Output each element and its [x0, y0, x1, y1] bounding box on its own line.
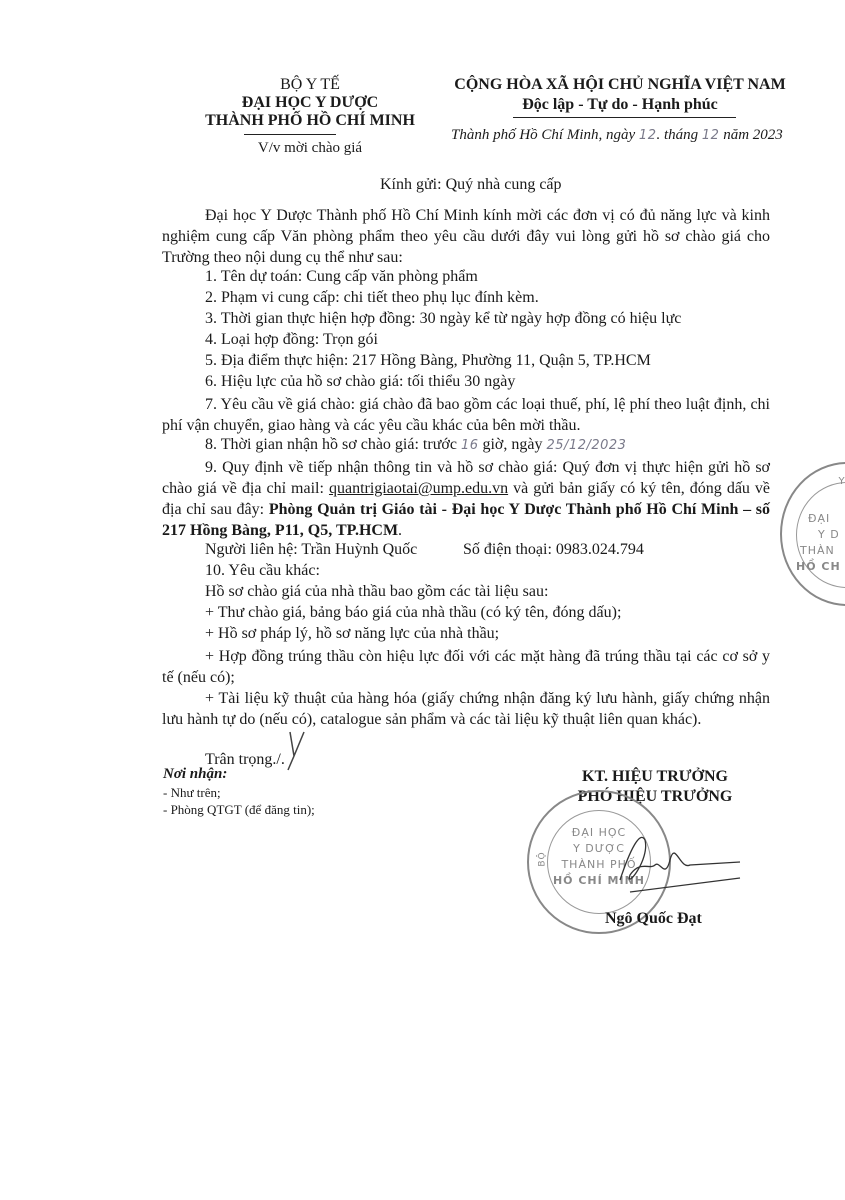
item-2: 2. Phạm vi cung cấp: chi tiết theo phụ l…	[205, 289, 539, 307]
page-seal-line-2: Y D	[818, 528, 840, 541]
ministry-name: BỘ Y TẾ	[180, 76, 440, 94]
item-10-b: + Hồ sơ pháp lý, hồ sơ năng lực của nhà …	[205, 625, 499, 643]
recipient-1: - Như trên;	[163, 785, 221, 801]
item-10-d: + Tài liệu kỹ thuật của hàng hóa (giấy c…	[162, 688, 770, 730]
date-prefix: Thành phố Hồ Chí Minh, ngày	[451, 127, 635, 143]
page-seal-stamp: Y ĐẠI Y D THÀN HỒ CH	[780, 462, 845, 606]
signature-scribble-icon	[600, 820, 750, 900]
page-seal-top: Y	[812, 476, 845, 487]
item-1: 1. Tên dự toán: Cung cấp văn phòng phẩm	[205, 268, 478, 286]
item-10-c: + Hợp đồng trúng thầu còn hiệu lực đối v…	[162, 646, 770, 688]
item-5: 5. Địa điểm thực hiện: 217 Hồng Bàng, Ph…	[205, 352, 651, 370]
item-8-mid: giờ, ngày	[482, 436, 542, 453]
contact-person: Người liên hệ: Trần Huỳnh Quốc	[205, 541, 417, 559]
item-10: 10. Yêu cầu khác:	[205, 562, 320, 580]
salutation: Kính gửi: Quý nhà cung cấp	[380, 176, 562, 194]
signer-name: Ngô Quốc Đạt	[605, 910, 702, 928]
document-date: Thành phố Hồ Chí Minh, ngày 12. tháng 12…	[451, 127, 783, 144]
date-month-handwritten: 12	[702, 128, 720, 143]
university-name-line1: ĐẠI HỌC Y DƯỢC	[180, 94, 440, 112]
item-8-hour-handwritten: 16	[461, 438, 479, 453]
initial-mark-icon	[282, 724, 322, 774]
signature-title-1: KT. HIỆU TRƯỞNG	[540, 768, 770, 786]
item-7: 7. Yêu cầu về giá chào: giá chào đã bao …	[162, 394, 770, 436]
item-3: 3. Thời gian thực hiện hợp đồng: 30 ngày…	[205, 310, 681, 328]
header-left-divider	[244, 134, 336, 135]
item-6: 6. Hiệu lực của hồ sơ chào giá: tối thiể…	[205, 373, 515, 391]
page-seal-line-3: THÀN	[800, 544, 835, 557]
nation-title: CỘNG HÒA XÃ HỘI CHỦ NGHĨA VIỆT NAM	[430, 76, 810, 94]
item-10-intro: Hồ sơ chào giá của nhà thầu bao gồm các …	[205, 583, 548, 601]
recipient-2: - Phòng QTGT (để đăng tin);	[163, 802, 315, 818]
item-9-end: .	[398, 522, 402, 539]
item-9: 9. Quy định về tiếp nhận thông tin và hồ…	[162, 457, 770, 541]
recipients-title: Nơi nhận:	[163, 766, 227, 783]
email-link[interactable]: quantrigiaotai@ump.edu.vn	[329, 480, 508, 497]
item-8-prefix: 8. Thời gian nhận hồ sơ chào giá: trước	[205, 436, 457, 453]
nation-motto: Độc lập - Tự do - Hạnh phúc	[430, 96, 810, 114]
date-month-label: tháng	[664, 127, 698, 143]
page-seal-line-4: HỒ CH	[796, 560, 841, 573]
intro-paragraph: Đại học Y Dược Thành phố Hồ Chí Minh kín…	[162, 205, 770, 268]
document-subject: V/v mời chào giá	[180, 140, 440, 157]
item-8-date-handwritten: 25/12/2023	[547, 438, 627, 453]
contact-phone: Số điện thoại: 0983.024.794	[463, 541, 644, 559]
page-seal-line-1: ĐẠI	[808, 512, 830, 525]
item-10-a: + Thư chào giá, bảng báo giá của nhà thầ…	[205, 604, 621, 622]
item-8: 8. Thời gian nhận hồ sơ chào giá: trước …	[205, 436, 626, 454]
date-year: năm 2023	[723, 127, 783, 143]
header-right-divider	[513, 117, 736, 118]
date-day-handwritten: 12	[639, 128, 657, 143]
item-4: 4. Loại hợp đồng: Trọn gói	[205, 331, 378, 349]
stamp-side-text: BỘ	[538, 851, 548, 866]
university-name-line2: THÀNH PHỐ HỒ CHÍ MINH	[180, 112, 440, 130]
